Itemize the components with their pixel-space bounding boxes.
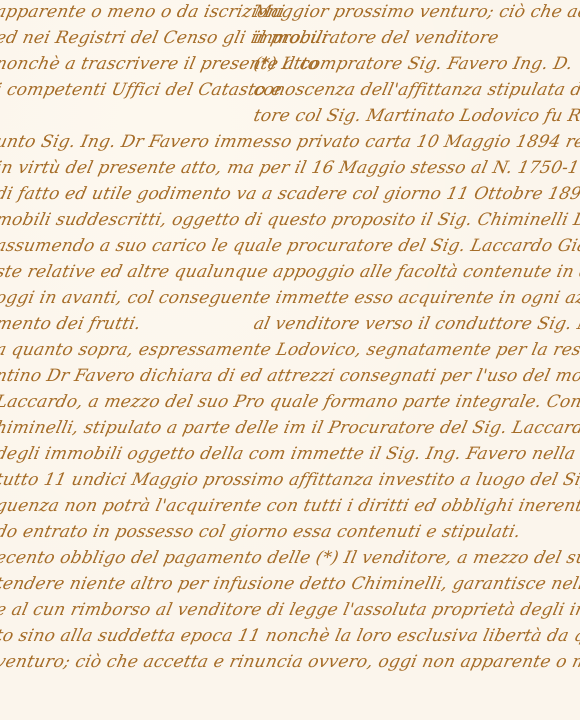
manuscript-line: apparente o meno o da iscrizioni (0, 4, 286, 21)
manuscript-line: in virtù del presente atto, ma per il 16… (0, 160, 580, 177)
manuscript-page: apparente o meno o da iscrizioni Maggior… (0, 0, 580, 720)
manuscript-line: himinelli, stipulato a parte delle im il… (0, 420, 580, 437)
manuscript-line: a quanto sopra, espressamente Lodovico, … (0, 342, 580, 359)
manuscript-line: mento dei frutti. (0, 316, 142, 333)
manuscript-line: i competenti Uffici del Catasto e (0, 82, 283, 99)
manuscript-line: il procuratore del venditore (252, 30, 500, 47)
manuscript-line: mobili suddescritti, oggetto di questo p… (0, 212, 580, 229)
manuscript-line: di fatto ed utile godimento va a scadere… (0, 186, 580, 203)
manuscript-line: guenza non potrà l'acquirente con tutti … (0, 498, 580, 515)
manuscript-line: venturo; ciò che accetta e rinuncia ovve… (0, 654, 580, 671)
manuscript-line: Maggior prossimo venturo; ciò che accett… (252, 4, 580, 21)
manuscript-line: degli immobili oggetto della com immette… (0, 446, 580, 463)
manuscript-line: conoscenza dell'affittanza stipulata dal (252, 82, 580, 99)
manuscript-line: unto Sig. Ing. Dr Favero immesso privato… (0, 134, 580, 151)
manuscript-line: tendere niente altro per infusione detto… (0, 576, 580, 593)
manuscript-line: e al cun rimborso al venditore di legge … (0, 602, 580, 619)
manuscript-line: Laccardo, a mezzo del suo Pro quale form… (0, 394, 580, 411)
manuscript-line: do entrato in possesso col giorno essa c… (0, 524, 522, 541)
manuscript-line: tore col Sig. Martinato Lodovico fu Raim… (252, 108, 580, 125)
manuscript-line: (*) Il compratore Sig. Favero Ing. D. Va… (252, 56, 580, 73)
manuscript-line: assumendo a suo carico le quale procurat… (0, 238, 580, 255)
manuscript-line: tutto 11 undici Maggio prossimo affittan… (0, 472, 580, 489)
manuscript-line: ste relative ed altre qualunque appoggio… (0, 264, 580, 281)
manuscript-line: to sino alla suddetta epoca 11 nonchè la… (0, 628, 580, 645)
manuscript-line: oggi in avanti, col conseguente immette … (0, 290, 580, 307)
manuscript-line: al venditore verso il conduttore Sig. Ma… (252, 316, 580, 333)
manuscript-line: ntino Dr Favero dichiara di ed attrezzi … (0, 368, 580, 385)
manuscript-line: ecento obbligo del pagamento delle (*) I… (0, 550, 580, 567)
